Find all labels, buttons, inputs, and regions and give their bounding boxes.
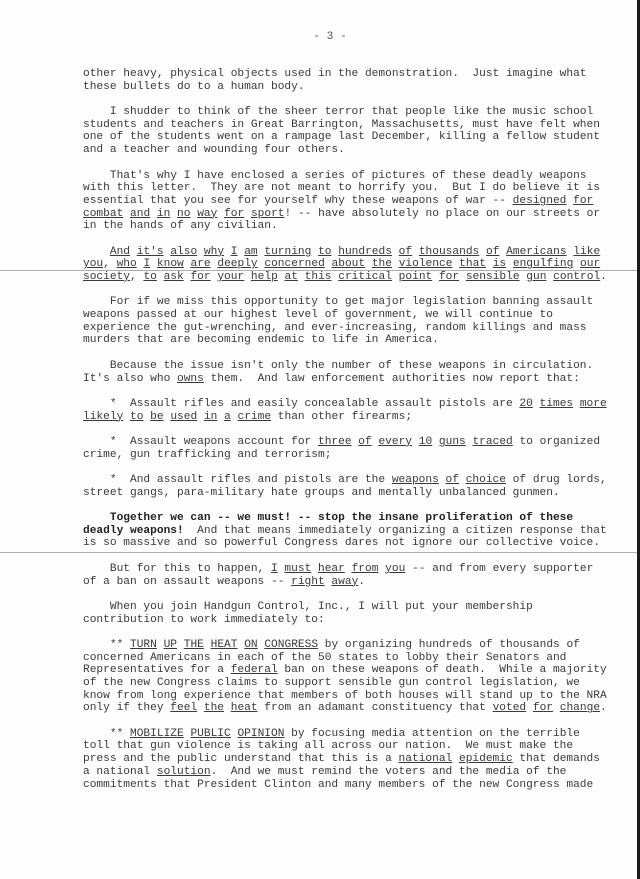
text-line: ** TURN UP THE HEAT ON CONGRESS by organ… <box>83 639 583 652</box>
underlined-text: federal <box>231 664 278 676</box>
text-line: toll that gun violence is taking all acr… <box>83 740 583 753</box>
text-segment: , <box>130 271 143 283</box>
underlined-text: 10 <box>419 436 432 448</box>
text-line: students and teachers in Great Barringto… <box>83 119 583 132</box>
text-segment <box>486 258 493 270</box>
text-segment <box>150 208 157 220</box>
underlined-text: OPINION <box>237 728 284 740</box>
underlined-text: hundreds <box>338 246 392 258</box>
underlined-text: MOBILIZE <box>130 728 184 740</box>
underlined-text: am <box>244 246 257 258</box>
underlined-text: And <box>110 246 130 258</box>
underlined-text: you <box>385 563 405 575</box>
paragraph: * Assault weapons account for three of e… <box>83 436 583 461</box>
text-segment <box>459 474 466 486</box>
underlined-text: CONGRESS <box>264 639 318 651</box>
text-segment <box>83 512 110 524</box>
text-segment <box>345 563 352 575</box>
text-segment: Representatives for a <box>83 664 231 676</box>
underlined-text: epidemic <box>459 753 513 765</box>
text-segment <box>224 702 231 714</box>
text-line: Together we can -- we must! -- stop the … <box>83 512 583 525</box>
text-line: deadly weapons! And that means immediate… <box>83 525 583 538</box>
underlined-text: designed <box>513 195 567 207</box>
underlined-text: away <box>331 576 358 588</box>
underlined-text: in <box>204 411 217 423</box>
text-segment <box>533 398 540 410</box>
text-segment <box>197 246 204 258</box>
paragraph: I shudder to think of the sheer terror t… <box>83 106 583 157</box>
text-segment <box>278 271 285 283</box>
text-segment <box>123 208 130 220</box>
text-line: Because the issue isn't only the number … <box>83 360 583 373</box>
text-segment: press and the public understand that thi… <box>83 753 399 765</box>
text-segment: ! -- have absolutely no place on our str… <box>285 208 601 220</box>
text-segment: , <box>103 258 116 270</box>
text-segment <box>553 702 560 714</box>
underlined-text: times <box>540 398 574 410</box>
underlined-text: voted <box>493 702 527 714</box>
underlined-text: weapons <box>392 474 439 486</box>
text-segment <box>224 246 231 258</box>
letter-page: - 3 - other heavy, physical objects used… <box>0 0 640 879</box>
text-segment: by organizing hundreds of thousands of <box>318 639 580 651</box>
text-segment: Because the issue isn't only the number … <box>83 360 593 372</box>
scan-artifact-line <box>0 270 637 271</box>
underlined-text: from <box>352 563 379 575</box>
underlined-text: three <box>318 436 352 448</box>
text-line: commitments that President Clinton and m… <box>83 779 583 792</box>
text-segment: But for this to happen, <box>83 563 271 575</box>
underlined-text: traced <box>472 436 512 448</box>
text-line: crime, gun trafficking and terrorism; <box>83 449 583 462</box>
text-segment <box>452 753 459 765</box>
underlined-text: change <box>560 702 600 714</box>
text-segment: than other firearms; <box>271 411 412 423</box>
underlined-text: PUBLIC <box>190 728 230 740</box>
underlined-text: must <box>284 563 311 575</box>
text-segment: concerned Americans in each of the 50 st… <box>83 652 566 664</box>
text-segment: them. And law enforcement authorities no… <box>204 373 580 385</box>
text-line: Representatives for a federal ban on the… <box>83 664 583 677</box>
underlined-text: every <box>378 436 412 448</box>
text-line: When you join Handgun Control, Inc., I w… <box>83 601 583 614</box>
page-number: - 3 - <box>0 31 640 44</box>
text-segment: * Assault rifles and easily concealable … <box>83 398 519 410</box>
underlined-text: ON <box>244 639 257 651</box>
underlined-text: the <box>372 258 392 270</box>
text-line: * And assault rifles and pistols are the… <box>83 474 583 487</box>
underlined-text: for <box>573 195 593 207</box>
text-segment <box>479 246 486 258</box>
underlined-text: no <box>177 208 190 220</box>
text-segment <box>432 271 439 283</box>
text-segment: I shudder to think of the sheer terror t… <box>83 106 593 118</box>
paragraph: Together we can -- we must! -- stop the … <box>83 512 583 550</box>
text-line: It's also who owns them. And law enforce… <box>83 373 583 386</box>
underlined-text: of <box>399 246 412 258</box>
text-line: ** MOBILIZE PUBLIC OPINION by focusing m… <box>83 728 583 741</box>
text-segment: these bullets do to a human body. <box>83 81 305 93</box>
text-line: and a teacher and wounding four others. <box>83 144 583 157</box>
paragraph: * Assault rifles and easily concealable … <box>83 398 583 423</box>
underlined-text: for <box>439 271 459 283</box>
text-segment <box>526 702 533 714</box>
text-segment <box>506 258 513 270</box>
text-segment: in the hands of any civilian. <box>83 220 278 232</box>
text-line: know from long experience that members o… <box>83 690 583 703</box>
text-segment: commitments that President Clinton and m… <box>83 779 593 791</box>
text-segment: toll that gun violence is taking all acr… <box>83 740 573 752</box>
text-segment <box>157 271 164 283</box>
underlined-text: concerned <box>264 258 324 270</box>
underlined-text: heat <box>231 702 258 714</box>
underlined-text: help <box>251 271 278 283</box>
underlined-text: about <box>332 258 366 270</box>
underlined-text: choice <box>466 474 506 486</box>
text-segment: of the new Congress claims to support se… <box>83 677 580 689</box>
underlined-text: owns <box>177 373 204 385</box>
text-line: with this letter. They are not meant to … <box>83 182 583 195</box>
paragraph: * And assault rifles and pistols are the… <box>83 474 583 499</box>
text-line: murders that are becoming endemic to lif… <box>83 334 583 347</box>
paragraph: ** TURN UP THE HEAT ON CONGRESS by organ… <box>83 639 583 715</box>
bold-text: deadly weapons! <box>83 525 184 537</box>
text-line: in the hands of any civilian. <box>83 220 583 233</box>
paragraph: That's why I have enclosed a series of p… <box>83 170 583 233</box>
text-segment: crime, gun trafficking and terrorism; <box>83 449 331 461</box>
text-line: combat and in no way for sport! -- have … <box>83 208 583 221</box>
text-line: And it's also why I am turning to hundre… <box>83 246 583 259</box>
text-segment <box>150 258 157 270</box>
underlined-text: crime <box>238 411 272 423</box>
text-line: of the new Congress claims to support se… <box>83 677 583 690</box>
paragraph: Because the issue isn't only the number … <box>83 360 583 385</box>
underlined-text: that <box>459 258 486 270</box>
paragraph: For if we miss this opportunity to get m… <box>83 296 583 347</box>
text-line: society, to ask for your help at this cr… <box>83 271 583 284</box>
text-line: of a ban on assault weapons -- right awa… <box>83 576 583 589</box>
underlined-text: is <box>493 258 506 270</box>
text-segment: one of the students went on a rampage la… <box>83 131 600 143</box>
text-segment: street gangs, para-military hate groups … <box>83 487 560 499</box>
text-segment <box>365 258 372 270</box>
underlined-text: a <box>224 411 231 423</box>
text-segment <box>573 398 580 410</box>
underlined-text: ask <box>164 271 184 283</box>
text-segment: from an adamant constituency that <box>258 702 493 714</box>
text-segment <box>231 411 238 423</box>
underlined-text: for <box>533 702 553 714</box>
underlined-text: violence <box>399 258 453 270</box>
text-line: street gangs, para-military hate groups … <box>83 487 583 500</box>
text-line: one of the students went on a rampage la… <box>83 131 583 144</box>
text-line: a national solution. And we must remind … <box>83 766 583 779</box>
underlined-text: our <box>580 258 600 270</box>
text-line: * Assault weapons account for three of e… <box>83 436 583 449</box>
paragraph: ** MOBILIZE PUBLIC OPINION by focusing m… <box>83 728 583 791</box>
text-segment: ** <box>83 639 130 651</box>
paragraph: When you join Handgun Control, Inc., I w… <box>83 601 583 626</box>
underlined-text: be <box>150 411 163 423</box>
text-segment: weapons passed at our highest level of g… <box>83 309 553 321</box>
text-segment: * Assault weapons account for <box>83 436 318 448</box>
text-line: contribution to work immediately to: <box>83 614 583 627</box>
text-segment <box>392 271 399 283</box>
text-segment <box>412 436 419 448</box>
underlined-text: are <box>190 258 210 270</box>
text-segment: students and teachers in Great Barringto… <box>83 119 600 131</box>
text-segment: When you join Handgun Control, Inc., I w… <box>83 601 533 613</box>
text-segment: ban on these weapons of death. While a m… <box>278 664 607 676</box>
underlined-text: also <box>170 246 197 258</box>
text-segment: is so massive and so powerful Congress d… <box>83 537 600 549</box>
underlined-text: guns <box>439 436 466 448</box>
underlined-text: and <box>130 208 150 220</box>
paragraph: other heavy, physical objects used in th… <box>83 68 583 93</box>
text-segment <box>83 246 110 258</box>
text-segment: . <box>600 271 607 283</box>
text-segment <box>244 208 251 220</box>
underlined-text: at <box>285 271 298 283</box>
underlined-text: deeply <box>217 258 257 270</box>
text-segment: contribution to work immediately to: <box>83 614 325 626</box>
text-segment: that demands <box>513 753 600 765</box>
text-segment <box>197 702 204 714</box>
text-segment: murders that are becoming endemic to lif… <box>83 334 439 346</box>
text-line: * Assault rifles and easily concealable … <box>83 398 583 411</box>
text-segment: . <box>600 702 607 714</box>
underlined-text: point <box>399 271 433 283</box>
underlined-text: I <box>271 563 278 575</box>
underlined-text: for <box>190 271 210 283</box>
text-segment <box>197 411 204 423</box>
text-line: essential that you see for yourself why … <box>83 195 583 208</box>
text-segment: And that means immediately organizing a … <box>184 525 607 537</box>
text-segment: know from long experience that members o… <box>83 690 607 702</box>
underlined-text: solution <box>157 766 211 778</box>
text-line: I shudder to think of the sheer terror t… <box>83 106 583 119</box>
underlined-text: national <box>399 753 453 765</box>
underlined-text: know <box>157 258 184 270</box>
text-segment: That's why I have enclosed a series of p… <box>83 170 587 182</box>
text-line: For if we miss this opportunity to get m… <box>83 296 583 309</box>
text-segment: to organized <box>513 436 600 448</box>
text-segment <box>392 258 399 270</box>
text-segment <box>432 436 439 448</box>
text-segment: only if they <box>83 702 170 714</box>
underlined-text: engulfing <box>513 258 573 270</box>
text-line: likely to be used in a crime than other … <box>83 411 583 424</box>
bold-text: Together we can -- we must! -- stop the … <box>110 512 573 524</box>
text-segment <box>123 411 130 423</box>
text-segment: ** <box>83 728 130 740</box>
underlined-text: who <box>117 258 137 270</box>
underlined-text: to <box>143 271 156 283</box>
text-segment <box>311 563 318 575</box>
text-segment: -- and from every supporter <box>405 563 593 575</box>
text-segment: It's also who <box>83 373 177 385</box>
text-segment: other heavy, physical objects used in th… <box>83 68 587 80</box>
text-segment: For if we miss this opportunity to get m… <box>83 296 593 308</box>
underlined-text: feel <box>170 702 197 714</box>
underlined-text: gun <box>526 271 546 283</box>
text-segment: * And assault rifles and pistols are the <box>83 474 392 486</box>
text-line: concerned Americans in each of the 50 st… <box>83 652 583 665</box>
text-segment: . <box>358 576 365 588</box>
text-line: other heavy, physical objects used in th… <box>83 68 583 81</box>
underlined-text: of <box>446 474 459 486</box>
underlined-text: THE <box>184 639 204 651</box>
text-segment <box>439 474 446 486</box>
text-segment: experience the gut-wrenching, and ever-i… <box>83 322 587 334</box>
underlined-text: combat <box>83 208 123 220</box>
text-segment: essential that you see for yourself why … <box>83 195 513 207</box>
underlined-text: sensible <box>466 271 520 283</box>
underlined-text: of <box>486 246 499 258</box>
text-line: But for this to happen, I must hear from… <box>83 563 583 576</box>
underlined-text: control <box>553 271 600 283</box>
letter-body: other heavy, physical objects used in th… <box>83 68 583 804</box>
text-line: press and the public understand that thi… <box>83 753 583 766</box>
scan-artifact-line <box>0 552 637 553</box>
underlined-text: way <box>197 208 217 220</box>
underlined-text: used <box>170 411 197 423</box>
text-line: experience the gut-wrenching, and ever-i… <box>83 322 583 335</box>
text-segment <box>157 639 164 651</box>
underlined-text: why <box>204 246 224 258</box>
text-segment <box>244 271 251 283</box>
text-segment <box>325 258 332 270</box>
underlined-text: likely <box>83 411 123 423</box>
underlined-text: hear <box>318 563 345 575</box>
text-segment: with this letter. They are not meant to … <box>83 182 600 194</box>
text-line: is so massive and so powerful Congress d… <box>83 537 583 550</box>
underlined-text: sport <box>251 208 285 220</box>
underlined-text: to <box>318 246 331 258</box>
underlined-text: the <box>204 702 224 714</box>
text-segment <box>298 271 305 283</box>
text-segment <box>130 246 137 258</box>
underlined-text: to <box>130 411 143 423</box>
paragraph: But for this to happen, I must hear from… <box>83 563 583 588</box>
text-segment <box>459 271 466 283</box>
text-segment <box>204 639 211 651</box>
underlined-text: turning <box>264 246 311 258</box>
underlined-text: this <box>305 271 332 283</box>
underlined-text: your <box>217 271 244 283</box>
underlined-text: thousands <box>419 246 479 258</box>
text-segment: a national <box>83 766 157 778</box>
underlined-text: 20 <box>519 398 532 410</box>
underlined-text: TURN <box>130 639 157 651</box>
text-line: weapons passed at our highest level of g… <box>83 309 583 322</box>
underlined-text: right <box>291 576 325 588</box>
text-segment: . And we must remind the voters and the … <box>211 766 567 778</box>
underlined-text: like <box>573 246 600 258</box>
text-line: these bullets do to a human body. <box>83 81 583 94</box>
underlined-text: Americans <box>506 246 566 258</box>
underlined-text: UP <box>164 639 177 651</box>
text-line: That's why I have enclosed a series of p… <box>83 170 583 183</box>
text-segment <box>392 246 399 258</box>
underlined-text: of <box>358 436 371 448</box>
underlined-text: it's <box>137 246 164 258</box>
paragraph: And it's also why I am turning to hundre… <box>83 246 583 284</box>
text-line: only if they feel the heat from an adama… <box>83 702 583 715</box>
underlined-text: society <box>83 271 130 283</box>
text-segment: by focusing media attention on the terri… <box>284 728 579 740</box>
underlined-text: HEAT <box>211 639 238 651</box>
underlined-text: more <box>580 398 607 410</box>
text-segment: of a ban on assault weapons -- <box>83 576 291 588</box>
text-segment <box>177 639 184 651</box>
text-segment: of drug lords, <box>506 474 607 486</box>
text-segment <box>412 246 419 258</box>
underlined-text: you <box>83 258 103 270</box>
text-segment: and a teacher and wounding four others. <box>83 144 345 156</box>
underlined-text: for <box>224 208 244 220</box>
underlined-text: critical <box>338 271 392 283</box>
underlined-text: in <box>157 208 170 220</box>
